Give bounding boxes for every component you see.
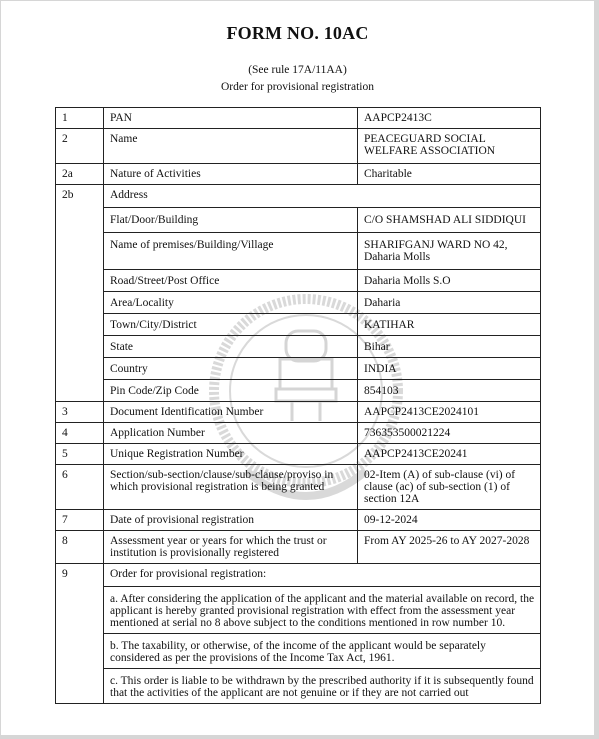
table-row-order-paragraph-b: b. The taxability, or otherwise, of the …: [56, 634, 541, 669]
document-page: FORM NO. 10AC (See rule 17A/11AA) Order …: [1, 1, 594, 735]
flat-value: C/O SHAMSHAD ALI SIDDIQUI: [358, 208, 541, 233]
row-number: 9: [56, 564, 104, 704]
row-label: Name of premises/Building/Village: [104, 233, 358, 270]
document-id-value: AAPCP2413CE2024101: [358, 402, 541, 423]
row-number: 3: [56, 402, 104, 423]
row-label: Address: [104, 185, 541, 208]
row-number: 2: [56, 129, 104, 164]
row-label: Town/City/District: [104, 314, 358, 336]
table-row-pan: 1 PAN AAPCP2413C: [56, 108, 541, 129]
row-label: Name: [104, 129, 358, 164]
order-paragraph-c: c. This order is liable to be withdrawn …: [104, 669, 541, 704]
table-row-address-area: Area/Locality Daharia: [56, 292, 541, 314]
table-row-name: 2 Name PEACEGUARD SOCIAL WELFARE ASSOCIA…: [56, 129, 541, 164]
town-value: KATIHAR: [358, 314, 541, 336]
row-label: Country: [104, 358, 358, 380]
row-label: Flat/Door/Building: [104, 208, 358, 233]
assessment-years-value: From AY 2025-26 to AY 2027-2028: [358, 531, 541, 564]
row-number: 6: [56, 465, 104, 510]
pin-value: 854103: [358, 380, 541, 402]
name-value: PEACEGUARD SOCIAL WELFARE ASSOCIATION: [358, 129, 541, 164]
table-row-order: 9 Order for provisional registration:: [56, 564, 541, 587]
row-label: Document Identification Number: [104, 402, 358, 423]
row-number: 2b: [56, 185, 104, 402]
pan-value: AAPCP2413C: [358, 108, 541, 129]
date-of-registration-value: 09-12-2024: [358, 510, 541, 531]
form-subtitle: Order for provisional registration: [1, 81, 594, 93]
table-row-order-paragraph-a: a. After considering the application of …: [56, 587, 541, 634]
premises-value: SHARIFGANJ WARD NO 42, Daharia Molls: [358, 233, 541, 270]
table-row-address-road: Road/Street/Post Office Daharia Molls S.…: [56, 270, 541, 292]
table-row-date-of-registration: 7 Date of provisional registration 09-12…: [56, 510, 541, 531]
row-number: 8: [56, 531, 104, 564]
row-label: Unique Registration Number: [104, 444, 358, 465]
table-row-unique-registration-number: 5 Unique Registration Number AAPCP2413CE…: [56, 444, 541, 465]
table-row-address-country: Country INDIA: [56, 358, 541, 380]
table-row-section: 6 Section/sub-section/clause/sub-clause/…: [56, 465, 541, 510]
row-label: Road/Street/Post Office: [104, 270, 358, 292]
nature-of-activities-value: Charitable: [358, 164, 541, 185]
table-row-address-pin: Pin Code/Zip Code 854103: [56, 380, 541, 402]
section-value: 02-Item (A) of sub-clause (vi) of clause…: [358, 465, 541, 510]
area-value: Daharia: [358, 292, 541, 314]
row-label: Application Number: [104, 423, 358, 444]
table-row-address: 2b Address: [56, 185, 541, 208]
row-number: 4: [56, 423, 104, 444]
table-row-document-id: 3 Document Identification Number AAPCP24…: [56, 402, 541, 423]
row-label: Nature of Activities: [104, 164, 358, 185]
country-value: INDIA: [358, 358, 541, 380]
registration-details-table: 1 PAN AAPCP2413C 2 Name PEACEGUARD SOCIA…: [55, 107, 541, 704]
row-number: 1: [56, 108, 104, 129]
row-label: State: [104, 336, 358, 358]
state-value: Bihar: [358, 336, 541, 358]
row-number: 5: [56, 444, 104, 465]
row-label: Date of provisional registration: [104, 510, 358, 531]
application-number-value: 736353500021224: [358, 423, 541, 444]
table-row-assessment-years: 8 Assessment year or years for which the…: [56, 531, 541, 564]
row-label: Area/Locality: [104, 292, 358, 314]
order-paragraph-a: a. After considering the application of …: [104, 587, 541, 634]
order-paragraph-b: b. The taxability, or otherwise, of the …: [104, 634, 541, 669]
row-number: 2a: [56, 164, 104, 185]
row-number: 7: [56, 510, 104, 531]
road-value: Daharia Molls S.O: [358, 270, 541, 292]
row-label: Section/sub-section/clause/sub-clause/pr…: [104, 465, 358, 510]
row-label: Pin Code/Zip Code: [104, 380, 358, 402]
table-row-address-premises: Name of premises/Building/Village SHARIF…: [56, 233, 541, 270]
table-row-address-state: State Bihar: [56, 336, 541, 358]
table-row-address-flat: Flat/Door/Building C/O SHAMSHAD ALI SIDD…: [56, 208, 541, 233]
unique-registration-number-value: AAPCP2413CE20241: [358, 444, 541, 465]
table-row-application-number: 4 Application Number 736353500021224: [56, 423, 541, 444]
row-label: Assessment year or years for which the t…: [104, 531, 358, 564]
form-rule-reference: (See rule 17A/11AA): [1, 64, 594, 76]
row-label: PAN: [104, 108, 358, 129]
table-row-address-town: Town/City/District KATIHAR: [56, 314, 541, 336]
row-label: Order for provisional registration:: [104, 564, 541, 587]
form-title: FORM NO. 10AC: [1, 23, 594, 44]
table-row-order-paragraph-c: c. This order is liable to be withdrawn …: [56, 669, 541, 704]
table-row-nature-of-activities: 2a Nature of Activities Charitable: [56, 164, 541, 185]
